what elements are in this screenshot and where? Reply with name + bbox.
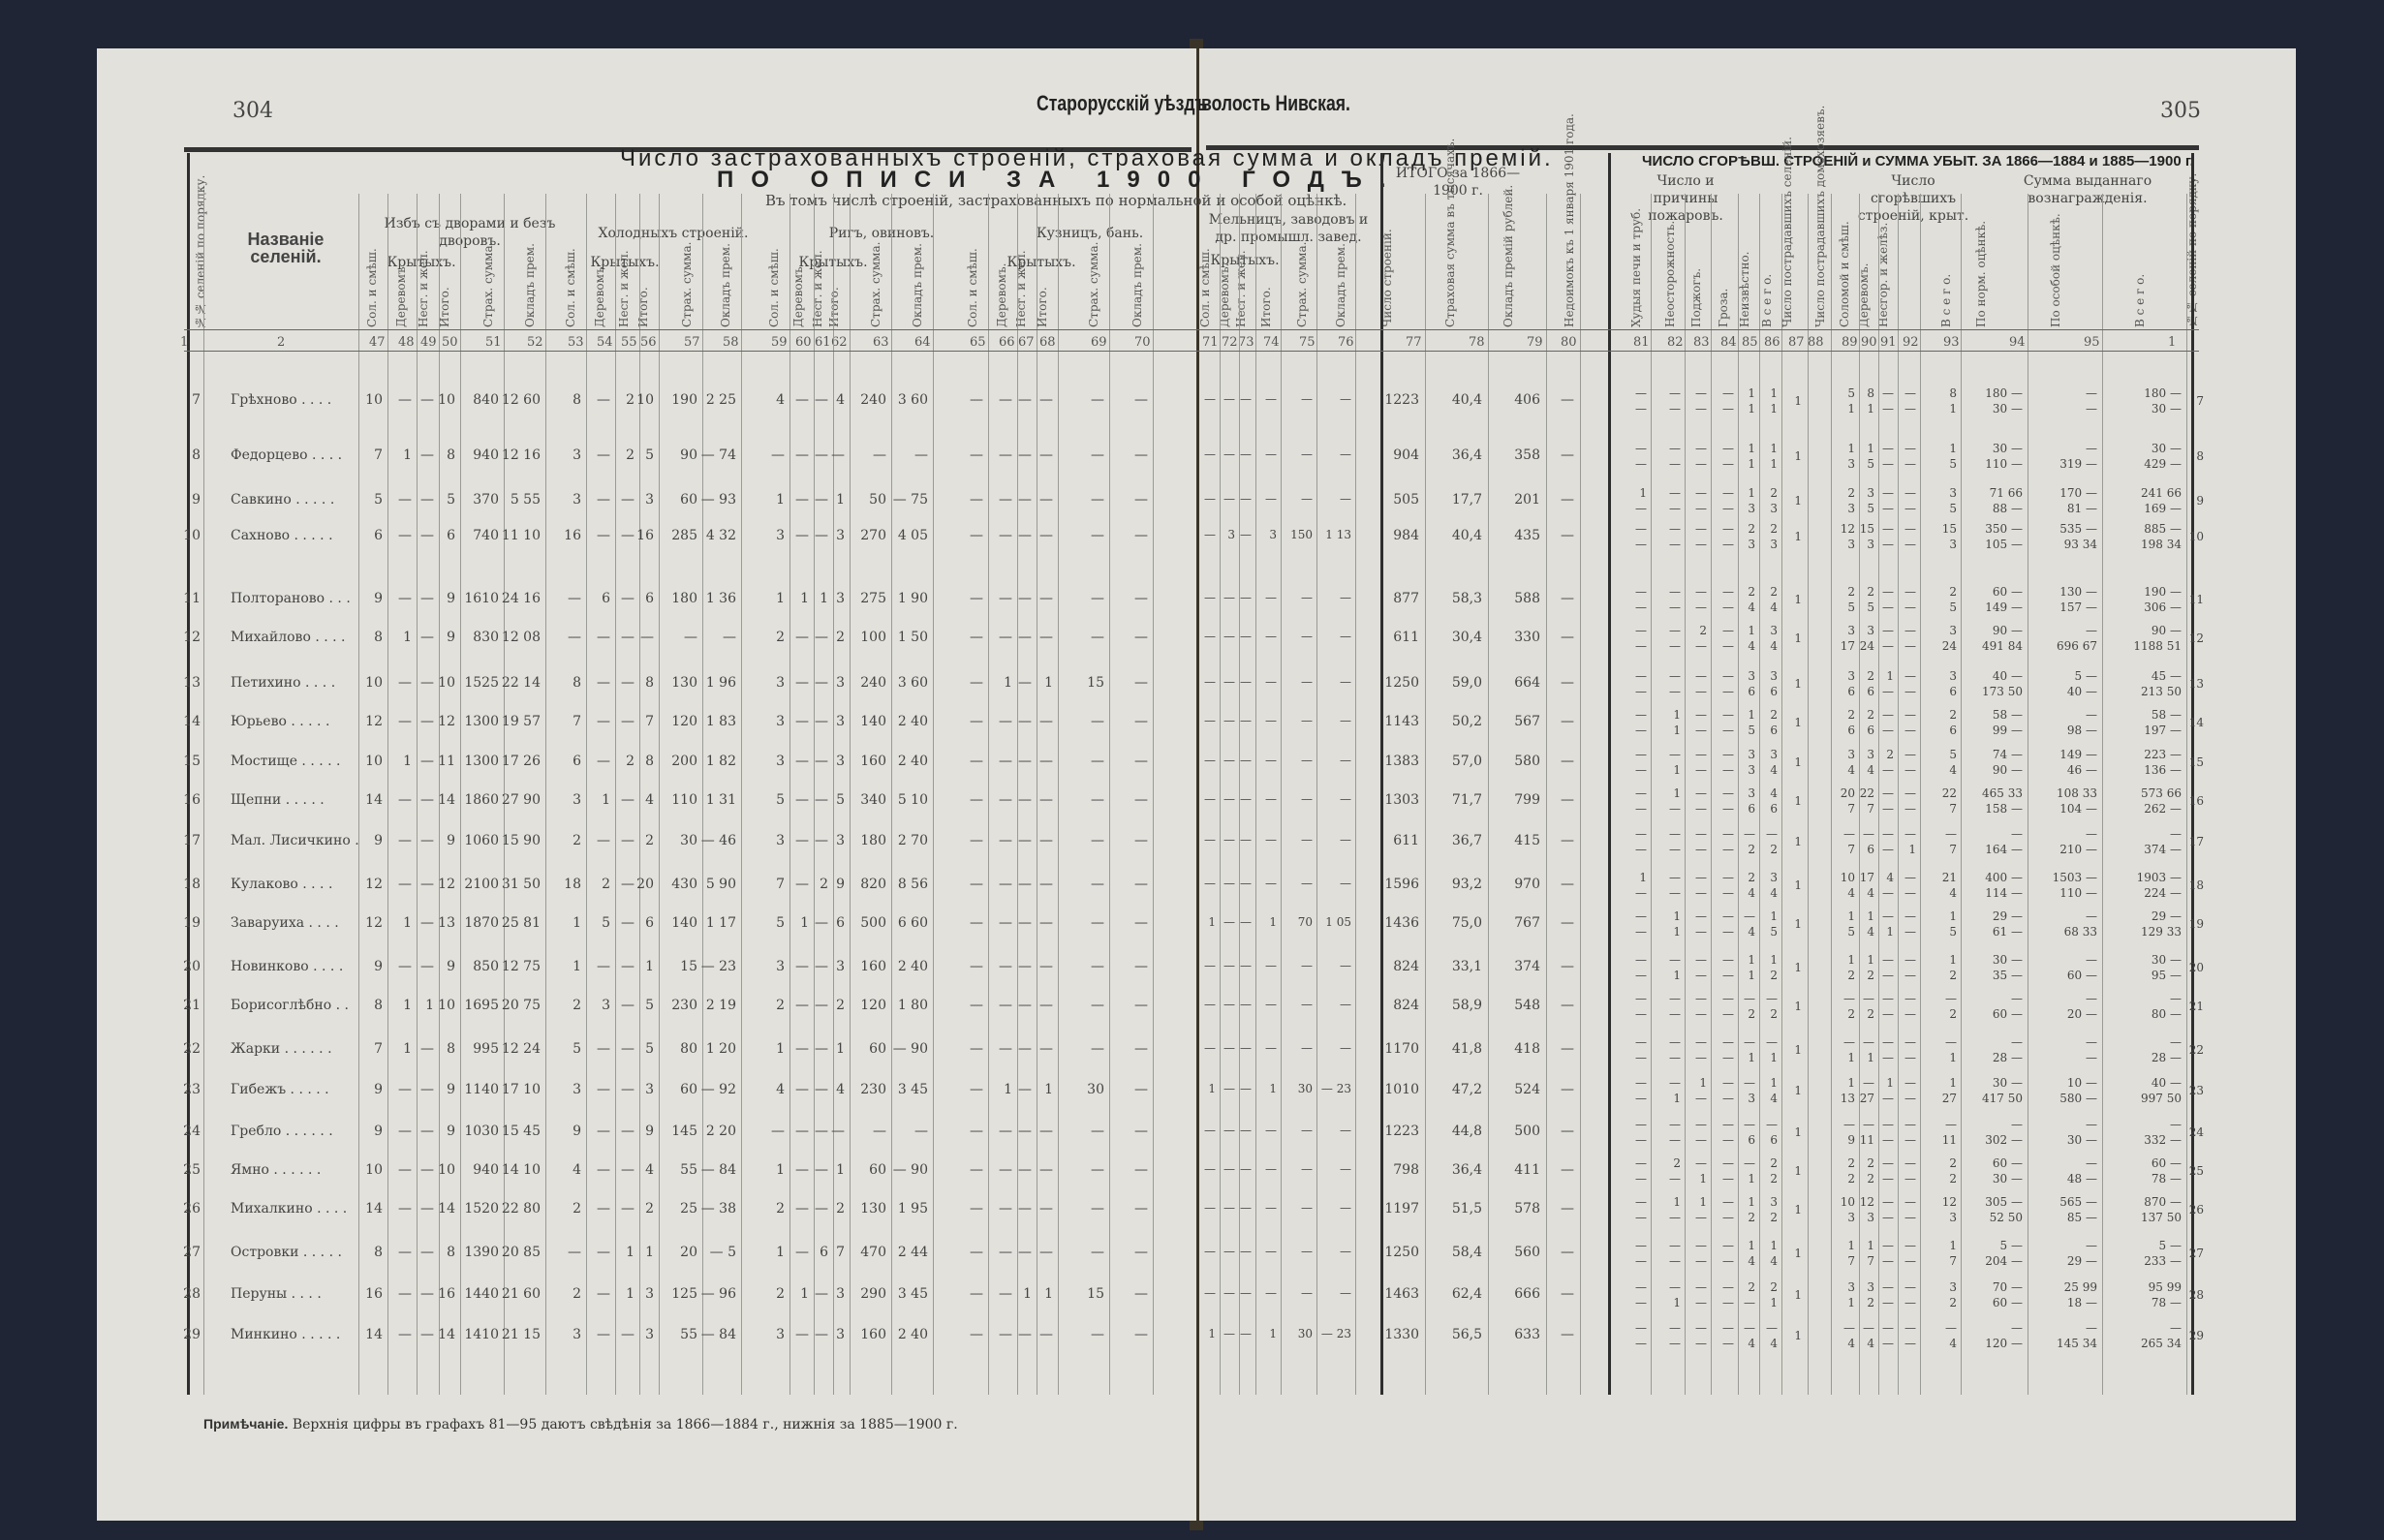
table-cell: —: [1669, 1337, 1681, 1350]
table-cell: 820: [860, 877, 886, 892]
table-cell: —: [420, 714, 434, 729]
table-cell: 2: [1847, 585, 1855, 599]
table-cell: 21: [1942, 871, 1957, 884]
table-cell: —: [1945, 827, 1957, 841]
table-cell: 2 70: [898, 833, 928, 848]
table-cell: 2: [1847, 1007, 1855, 1021]
column-number: 86: [1764, 335, 1780, 350]
column-header-label: Неосторожность.: [1663, 211, 1677, 327]
table-cell: 12 75: [502, 959, 541, 974]
table-cell: —: [1744, 827, 1755, 841]
table-cell: 48 —: [2067, 1172, 2097, 1186]
table-cell: 4 05: [898, 528, 928, 543]
table-cell: —: [1018, 492, 1032, 508]
table-cell: 3: [836, 1286, 845, 1302]
table-cell: —: [795, 630, 809, 645]
table-cell: 10: [183, 528, 201, 543]
table-cell: —: [1882, 1321, 1894, 1335]
table-cell: 9: [447, 833, 455, 848]
table-cell: —: [1301, 591, 1313, 604]
table-cell: 5: [1770, 925, 1778, 939]
table-cell: —: [1134, 1082, 1148, 1097]
table-cell: 1870: [464, 915, 499, 931]
table-cell: —: [1635, 1337, 1647, 1350]
table-cell: 262 —: [2144, 802, 2182, 816]
table-cell: 6: [374, 528, 383, 543]
table-cell: 29: [2189, 1329, 2204, 1342]
table-cell: —: [1695, 925, 1707, 939]
table-cell: —: [398, 591, 412, 606]
table-cell: 11: [1860, 1133, 1874, 1147]
table-cell: —: [1695, 786, 1707, 800]
table-cell: —: [1039, 630, 1053, 645]
table-cell: 10 —: [2067, 1076, 2097, 1090]
table-cell: 8: [645, 675, 654, 691]
table-cell: —: [1635, 1195, 1647, 1209]
table-cell: —: [1722, 1321, 1734, 1335]
table-cell: —: [970, 792, 983, 808]
table-cell: —: [1904, 442, 1916, 455]
table-cell: —: [1301, 1124, 1313, 1137]
column-header-label: Страх. сумма.: [680, 273, 694, 327]
table-cell: —: [1091, 1124, 1104, 1139]
table-cell: —: [1223, 392, 1235, 406]
table-cell: 22 80: [502, 1201, 541, 1217]
table-cell: —: [398, 1327, 412, 1342]
table-cell: 12 16: [502, 447, 541, 463]
table-cell: —: [1134, 754, 1148, 769]
table-cell: —: [970, 1162, 983, 1178]
table-cell: —: [795, 1041, 809, 1057]
village-name: Гибежъ . . . . .: [231, 1082, 329, 1097]
table-cell: —: [1340, 1041, 1351, 1055]
table-cell: —: [795, 447, 809, 463]
table-cell: 588: [1514, 591, 1540, 606]
table-cell: —: [597, 492, 610, 508]
column-number: 79: [1527, 335, 1543, 350]
table-cell: —: [1882, 1156, 1894, 1170]
table-cell: —: [398, 1201, 412, 1217]
table-cell: —: [1223, 630, 1235, 643]
table-cell: 5: [836, 792, 845, 808]
table-cell: 60 —: [1993, 1156, 2023, 1170]
table-cell: 2: [1770, 486, 1778, 500]
table-cell: 1: [1673, 724, 1681, 737]
table-cell: —: [1695, 538, 1707, 551]
table-cell: —: [398, 1162, 412, 1178]
table-cell: —: [1904, 457, 1916, 471]
table-cell: —: [597, 1082, 610, 1097]
table-cell: 8: [192, 447, 201, 463]
table-cell: 2: [1770, 1172, 1778, 1186]
table-cell: —: [1204, 392, 1216, 406]
table-cell: 350 —: [1985, 522, 2023, 536]
table-cell: 16: [438, 1286, 455, 1302]
table-cell: —: [1904, 1051, 1916, 1064]
table-cell: —: [1669, 522, 1681, 536]
table-cell: 580: [1514, 754, 1540, 769]
table-cell: —: [1204, 833, 1216, 847]
table-cell: 100: [860, 630, 886, 645]
table-cell: 8: [374, 998, 383, 1013]
table-cell: —: [621, 675, 635, 691]
table-cell: 7: [836, 1245, 845, 1260]
table-cell: —: [970, 1327, 983, 1342]
table-cell: —: [1882, 1051, 1894, 1064]
table-cell: 2: [1949, 1007, 1957, 1021]
table-cell: 20: [183, 959, 201, 974]
table-cell: —: [1695, 708, 1707, 722]
table-cell: 9: [374, 1124, 383, 1139]
table-cell: —: [1904, 1195, 1916, 1209]
table-cell: 3: [1867, 1211, 1874, 1224]
table-cell: 15: [1860, 522, 1874, 536]
table-cell: 4: [1847, 886, 1855, 900]
table-cell: —: [831, 1124, 845, 1139]
table-cell: 2: [836, 1201, 845, 1217]
table-cell: —: [1744, 909, 1755, 923]
table-cell: —: [2086, 1321, 2097, 1335]
table-cell: 3: [836, 754, 845, 769]
table-cell: —: [795, 998, 809, 1013]
table-cell: —: [999, 1201, 1012, 1217]
table-cell: 58 —: [2152, 708, 2182, 722]
table-cell: —: [1223, 959, 1235, 972]
table-cell: —: [1039, 1201, 1053, 1217]
table-cell: —: [1722, 685, 1734, 698]
table-cell: —: [1722, 763, 1734, 777]
table-cell: 21 60: [502, 1286, 541, 1302]
table-cell: —: [1722, 486, 1734, 500]
table-cell: —: [1904, 1280, 1916, 1294]
table-cell: —: [795, 714, 809, 729]
table-cell: —: [1340, 1245, 1351, 1258]
village-name: Мал. Лисичкино .: [231, 833, 359, 848]
table-cell: —: [1635, 724, 1647, 737]
table-cell: 997 50: [2141, 1092, 2182, 1105]
table-cell: —: [597, 959, 610, 974]
table-cell: —: [621, 833, 635, 848]
table-cell: —: [999, 630, 1012, 645]
table-cell: 2: [1949, 1156, 1957, 1170]
table-cell: 3: [1847, 538, 1855, 551]
table-cell: —: [1223, 1201, 1235, 1215]
table-cell: —: [1340, 1286, 1351, 1300]
table-cell: —: [2011, 827, 2023, 841]
table-cell: 1: [403, 1041, 412, 1057]
table-cell: 3: [1748, 502, 1755, 515]
column-header-label: Страховая сумма въ тысячахъ.: [1443, 211, 1457, 327]
table-cell: —: [1695, 1296, 1707, 1309]
table-cell: —: [1766, 827, 1778, 841]
table-cell: —: [1843, 1321, 1855, 1335]
column-number: 91: [1880, 335, 1897, 350]
table-cell: —: [970, 915, 983, 931]
table-cell: —: [568, 591, 581, 606]
table-cell: 2: [1699, 624, 1707, 637]
table-cell: 1: [573, 915, 581, 931]
table-cell: 1: [1699, 1172, 1707, 1186]
table-cell: 470: [860, 1245, 886, 1260]
table-cell: 1 31: [706, 792, 736, 808]
column-number: 53: [568, 335, 584, 350]
table-cell: — 46: [701, 833, 736, 848]
table-cell: —: [1635, 1296, 1647, 1309]
table-cell: 120 —: [1985, 1337, 2023, 1350]
table-cell: 3: [602, 998, 610, 1013]
table-cell: 1: [1748, 402, 1755, 416]
column-number: 51: [485, 335, 502, 350]
table-cell: —: [1240, 1082, 1252, 1095]
table-cell: —: [1240, 630, 1252, 643]
table-cell: —: [1039, 1124, 1053, 1139]
footnote: Примѣчаніе. Верхнія цифры въ графахъ 81—…: [203, 1416, 958, 1432]
table-cell: —: [2170, 1321, 2182, 1335]
table-cell: —: [1669, 953, 1681, 967]
table-cell: —: [1722, 1035, 1734, 1049]
column-number: 83: [1693, 335, 1710, 350]
table-cell: 3 45: [898, 1082, 928, 1097]
table-cell: —: [1695, 886, 1707, 900]
table-cell: —: [420, 754, 434, 769]
table-cell: 1: [1794, 1125, 1802, 1139]
table-cell: —: [1635, 639, 1647, 653]
table-cell: 27 90: [502, 792, 541, 808]
table-cell: —: [398, 492, 412, 508]
row-number-header: №№ селеній по порядку.: [194, 174, 207, 329]
table-cell: 3: [1847, 669, 1855, 683]
table-cell: 71 66: [1990, 486, 2023, 500]
table-cell: 2: [1770, 1211, 1778, 1224]
table-cell: —: [815, 630, 828, 645]
table-cell: 3: [836, 1327, 845, 1342]
table-cell: 1: [1770, 1296, 1778, 1309]
table-cell: 1: [1794, 1084, 1802, 1097]
table-cell: 1: [836, 1162, 845, 1178]
table-cell: 30,4: [1452, 630, 1482, 645]
table-cell: —: [1695, 386, 1707, 400]
column-number: 65: [970, 335, 986, 350]
table-cell: 149 —: [1985, 601, 2023, 614]
table-cell: —: [1134, 998, 1148, 1013]
table-cell: 22: [2189, 1043, 2204, 1057]
column-header-label: Гроза.: [1717, 211, 1730, 327]
table-cell: —: [1695, 1118, 1707, 1131]
table-cell: 1: [403, 447, 412, 463]
table-cell: 27: [2189, 1247, 2204, 1260]
table-cell: 2: [776, 1286, 785, 1302]
table-cell: —: [815, 959, 828, 974]
table-cell: 30 —: [2152, 402, 2182, 416]
table-cell: 27: [1942, 1092, 1957, 1105]
table-cell: —: [1561, 959, 1574, 974]
table-cell: 17 10: [502, 1082, 541, 1097]
table-cell: 1: [1847, 909, 1855, 923]
table-cell: 4: [1847, 1337, 1855, 1350]
table-cell: 30 —: [1993, 1076, 2023, 1090]
table-cell: —: [970, 877, 983, 892]
table-cell: 140: [860, 714, 886, 729]
village-name: Петихино . . . .: [231, 675, 335, 691]
table-cell: —: [1695, 442, 1707, 455]
table-cell: —: [1695, 969, 1707, 982]
table-cell: 3: [836, 959, 845, 974]
table-cell: 7: [573, 714, 581, 729]
table-cell: 6: [1748, 802, 1755, 816]
table-cell: 44,8: [1452, 1124, 1482, 1139]
table-cell: 9: [645, 1124, 654, 1139]
table-cell: —: [1669, 486, 1681, 500]
village-name: Кулаково . . . .: [231, 877, 332, 892]
column-header-label: В с е г о.: [2133, 211, 2147, 327]
table-cell: 1: [1699, 1076, 1707, 1090]
table-cell: 6: [1847, 724, 1855, 737]
table-row: 24Гребло . . . . . .9——9103015 459——9145…: [0, 1124, 2384, 1153]
table-cell: —: [1204, 591, 1216, 604]
table-cell: —: [1561, 833, 1574, 848]
table-cell: 75,0: [1452, 915, 1482, 931]
table-cell: 14: [365, 1201, 383, 1217]
column-header-label: Деревомъ.: [791, 273, 805, 327]
table-cell: —: [999, 1162, 1012, 1178]
table-cell: —: [1669, 402, 1681, 416]
table-cell: 60 —: [1993, 1007, 2023, 1021]
table-cell: 1: [1949, 442, 1957, 455]
table-cell: —: [1134, 392, 1148, 408]
table-cell: 3: [1847, 457, 1855, 471]
table-cell: —: [1695, 827, 1707, 841]
table-cell: 2: [1847, 1172, 1855, 1186]
table-cell: 2: [645, 833, 654, 848]
table-cell: 1: [1886, 925, 1894, 939]
table-cell: 3: [1949, 538, 1957, 551]
table-cell: 1: [1208, 1082, 1216, 1095]
table-cell: 5: [1949, 748, 1957, 761]
table-cell: —: [1018, 630, 1032, 645]
village-name: Борисоглѣбно . .: [231, 998, 349, 1013]
table-cell: 180 —: [1985, 386, 2023, 400]
table-cell: —: [1018, 591, 1032, 606]
table-cell: 374: [1514, 959, 1540, 974]
table-cell: —: [597, 714, 610, 729]
table-cell: 8: [645, 754, 654, 769]
table-cell: —: [1265, 591, 1277, 604]
table-cell: —: [1695, 457, 1707, 471]
table-cell: 30 —: [1993, 953, 2023, 967]
table-cell: —: [1204, 492, 1216, 506]
table-cell: —: [1722, 909, 1734, 923]
table-cell: —: [597, 1124, 610, 1139]
table-cell: —: [1134, 792, 1148, 808]
table-cell: —: [1635, 1280, 1647, 1294]
village-name: Михайлово . . . .: [231, 630, 345, 645]
table-cell: 24: [2189, 1125, 2204, 1139]
table-cell: —: [398, 714, 412, 729]
table-cell: —: [1635, 457, 1647, 471]
table-cell: —: [999, 998, 1012, 1013]
table-cell: —: [1904, 708, 1916, 722]
table-cell: —: [420, 1286, 434, 1302]
column-header-label: Страх. сумма.: [481, 273, 495, 327]
table-cell: —: [1340, 998, 1351, 1011]
table-cell: 2: [1748, 871, 1755, 884]
table-cell: 90: [680, 447, 697, 463]
column-number: 85: [1742, 335, 1758, 350]
table-cell: —: [1669, 1133, 1681, 1147]
table-cell: —: [1340, 959, 1351, 972]
column-number: 88: [1808, 335, 1824, 350]
table-cell: 2: [1847, 1156, 1855, 1170]
table-cell: —: [1695, 802, 1707, 816]
table-cell: —: [999, 492, 1012, 508]
table-cell: —: [1561, 1041, 1574, 1057]
table-cell: —: [815, 754, 828, 769]
table-cell: 15: [1087, 1286, 1104, 1302]
table-cell: 2 40: [898, 959, 928, 974]
table-row: 25Ямно . . . . . .10——1094014 104——455— …: [0, 1162, 2384, 1191]
table-cell: 3: [776, 1327, 785, 1342]
table-cell: —: [1904, 1296, 1916, 1309]
table-cell: —: [568, 630, 581, 645]
column-number: 82: [1667, 335, 1684, 350]
table-cell: —: [1863, 992, 1874, 1005]
table-cell: —: [1669, 502, 1681, 515]
table-cell: —: [970, 1286, 983, 1302]
table-cell: 580 —: [2059, 1092, 2097, 1105]
table-cell: —: [999, 754, 1012, 769]
table-cell: —: [1561, 492, 1574, 508]
table-cell: —: [1945, 1035, 1957, 1049]
column-number: 54: [597, 335, 613, 350]
table-cell: 61 —: [1993, 925, 2023, 939]
table-cell: 125: [671, 1286, 697, 1302]
table-cell: 940: [473, 1162, 499, 1178]
table-cell: 6: [573, 754, 581, 769]
table-cell: 3: [573, 792, 581, 808]
table-cell: —: [420, 1082, 434, 1097]
table-cell: 400 —: [1985, 871, 2023, 884]
table-cell: 5 —: [2075, 669, 2097, 683]
table-cell: —: [1265, 492, 1277, 506]
table-cell: 210 —: [2059, 843, 2097, 856]
table-cell: —: [1134, 833, 1148, 848]
table-cell: —: [1635, 802, 1647, 816]
table-cell: 25: [183, 1162, 201, 1178]
table-cell: 30 —: [1993, 1172, 2023, 1186]
group-burned-header: Число сгорѣвшихъ строеній, крыт.: [1855, 172, 1971, 225]
table-cell: 81 —: [2067, 502, 2097, 515]
table-cell: 1: [776, 1162, 785, 1178]
table-cell: —: [398, 959, 412, 974]
table-cell: —: [1039, 492, 1053, 508]
table-cell: 1143: [1384, 714, 1419, 729]
table-cell: —: [1695, 763, 1707, 777]
table-row: 27Островки . . . . .8——8139020 85——1120—…: [0, 1245, 2384, 1274]
table-cell: 58,9: [1452, 998, 1482, 1013]
table-cell: 1: [1748, 1172, 1755, 1186]
table-cell: —: [1904, 1092, 1916, 1105]
table-cell: —: [1265, 630, 1277, 643]
table-cell: 2: [1748, 1007, 1755, 1021]
table-cell: —: [1695, 992, 1707, 1005]
column-number: 84: [1720, 335, 1737, 350]
table-cell: 30 —: [2067, 1133, 2097, 1147]
table-cell: —: [420, 1124, 434, 1139]
table-cell: 130 —: [2059, 585, 2097, 599]
table-cell: 3: [776, 528, 785, 543]
table-cell: —: [420, 1201, 434, 1217]
table-cell: —: [1722, 402, 1734, 416]
